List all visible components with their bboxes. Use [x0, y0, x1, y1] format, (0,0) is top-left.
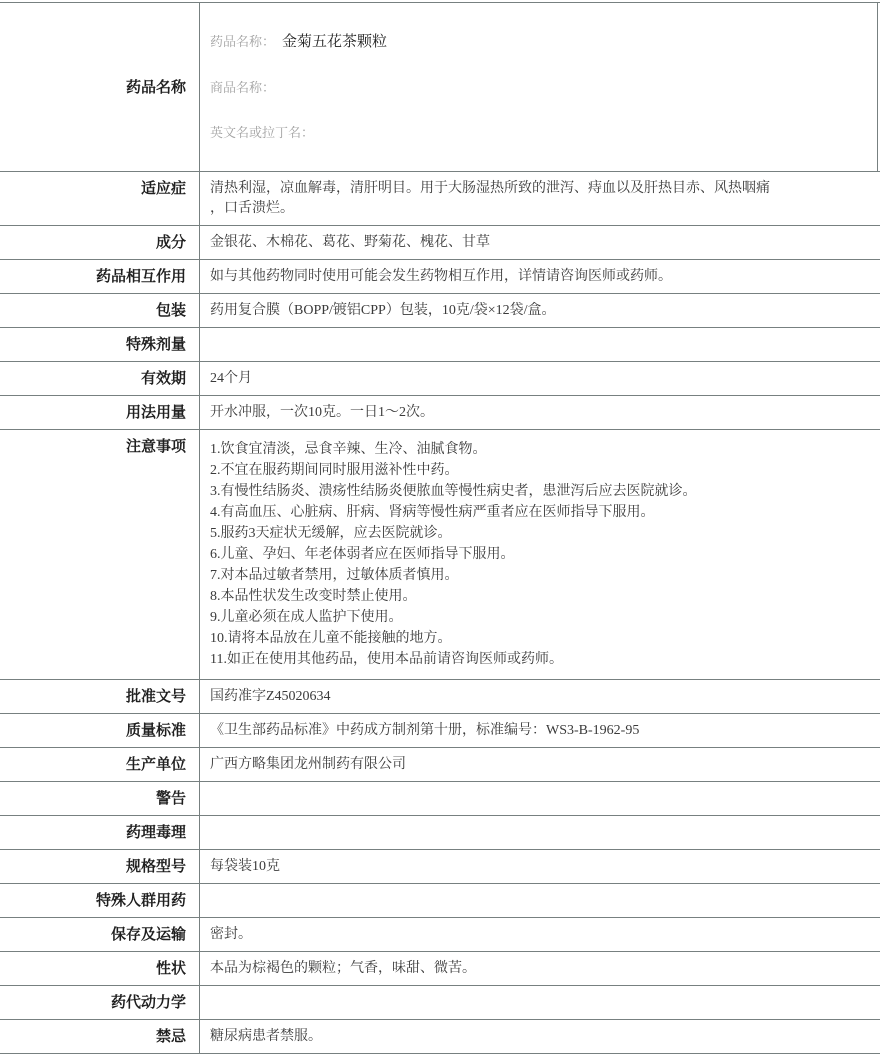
latin-name-field-label: 英文名或拉丁名： [210, 120, 865, 145]
row-content [200, 782, 880, 815]
drug-name-field-label: 药品名称： [210, 34, 275, 49]
table-row-pharmacokinetics: 药代动力学 [0, 986, 880, 1020]
row-content: 药用复合膜（BOPP/镀铝CPP）包装，10克/袋×12袋/盒。 [200, 294, 880, 327]
row-label-drug-name: 药品名称 [0, 3, 200, 171]
row-content: 如与其他药物同时使用可能会发生药物相互作用，详情请咨询医师或药师。 [200, 260, 880, 293]
row-content: 24个月 [200, 362, 880, 395]
table-row-approval-number: 批准文号 国药准字Z45020634 [0, 680, 880, 714]
row-label: 药代动力学 [0, 986, 200, 1019]
row-label: 质量标准 [0, 714, 200, 747]
table-row-interactions: 药品相互作用 如与其他药物同时使用可能会发生药物相互作用，详情请咨询医师或药师。 [0, 260, 880, 294]
table-row-warning: 警告 [0, 782, 880, 816]
table-row-packaging: 包装 药用复合膜（BOPP/镀铝CPP）包装，10克/袋×12袋/盒。 [0, 294, 880, 328]
row-label: 禁忌 [0, 1020, 200, 1053]
row-content: 金银花、木棉花、葛花、野菊花、槐花、甘草 [200, 226, 880, 259]
table-row-quality-standard: 质量标准 《卫生部药品标准》中药成方制剂第十册，标准编号：WS3-B-1962-… [0, 714, 880, 748]
row-label: 规格型号 [0, 850, 200, 883]
table-row-specification: 规格型号 每袋装10克 [0, 850, 880, 884]
drug-name-value: 金菊五花茶颗粒 [282, 34, 387, 50]
row-label: 药理毒理 [0, 816, 200, 849]
row-content: 1.饮食宜清淡，忌食辛辣、生冷、油腻食物。 2.不宜在服药期间同时服用滋补性中药… [200, 430, 880, 679]
row-label: 生产单位 [0, 748, 200, 781]
row-label: 注意事项 [0, 430, 200, 679]
table-row-manufacturer: 生产单位 广西方略集团龙州制药有限公司 [0, 748, 880, 782]
table-row-dosage: 用法用量 开水冲服，一次10克。一日1～2次。 [0, 396, 880, 430]
row-content: 糖尿病患者禁服。 [200, 1020, 880, 1053]
drug-name-cell: 药品名称：金菊五花茶颗粒 商品名称： 英文名或拉丁名： [200, 3, 878, 171]
row-label: 用法用量 [0, 396, 200, 429]
row-content [200, 884, 880, 917]
row-label: 保存及运输 [0, 918, 200, 951]
table-row-pharmacology-toxicology: 药理毒理 [0, 816, 880, 850]
table-row-shelf-life: 有效期 24个月 [0, 362, 880, 396]
row-content [200, 816, 880, 849]
row-label: 特殊人群用药 [0, 884, 200, 917]
row-content [200, 328, 880, 361]
table-row-ingredients: 成分 金银花、木棉花、葛花、野菊花、槐花、甘草 [0, 226, 880, 260]
drug-info-table: 药品名称 药品名称：金菊五花茶颗粒 商品名称： 英文名或拉丁名： 适应症 清热利… [0, 2, 880, 1054]
table-row-drug-name: 药品名称 药品名称：金菊五花茶颗粒 商品名称： 英文名或拉丁名： [0, 3, 880, 172]
table-row-storage: 保存及运输 密封。 [0, 918, 880, 952]
row-label: 警告 [0, 782, 200, 815]
row-label: 适应症 [0, 172, 200, 225]
row-label: 有效期 [0, 362, 200, 395]
table-row-description: 性状 本品为棕褐色的颗粒；气香，味甜、微苦。 [0, 952, 880, 986]
row-content: 国药准字Z45020634 [200, 680, 880, 713]
row-label: 药品相互作用 [0, 260, 200, 293]
row-label: 批准文号 [0, 680, 200, 713]
row-content: 密封。 [200, 918, 880, 951]
table-row-special-dose: 特殊剂量 [0, 328, 880, 362]
table-row-contraindications: 禁忌 糖尿病患者禁服。 [0, 1020, 880, 1054]
row-content: 清热利湿，凉血解毒，清肝明目。用于大肠湿热所致的泄泻、痔血以及肝热目赤、风热咽痛… [200, 172, 880, 225]
row-content: 本品为棕褐色的颗粒；气香，味甜、微苦。 [200, 952, 880, 985]
table-row-indications: 适应症 清热利湿，凉血解毒，清肝明目。用于大肠湿热所致的泄泻、痔血以及肝热目赤、… [0, 172, 880, 226]
row-content [200, 986, 880, 1019]
row-label: 性状 [0, 952, 200, 985]
row-content: 开水冲服，一次10克。一日1～2次。 [200, 396, 880, 429]
row-content: 广西方略集团龙州制药有限公司 [200, 748, 880, 781]
row-label: 包装 [0, 294, 200, 327]
drug-name-line: 药品名称：金菊五花茶颗粒 [210, 29, 865, 55]
trade-name-field-label: 商品名称： [210, 75, 865, 100]
row-label: 成分 [0, 226, 200, 259]
table-row-precautions: 注意事项 1.饮食宜清淡，忌食辛辣、生冷、油腻食物。 2.不宜在服药期间同时服用… [0, 430, 880, 680]
row-content: 《卫生部药品标准》中药成方制剂第十册，标准编号：WS3-B-1962-95 [200, 714, 880, 747]
table-row-special-populations: 特殊人群用药 [0, 884, 880, 918]
row-label: 特殊剂量 [0, 328, 200, 361]
row-content: 每袋装10克 [200, 850, 880, 883]
